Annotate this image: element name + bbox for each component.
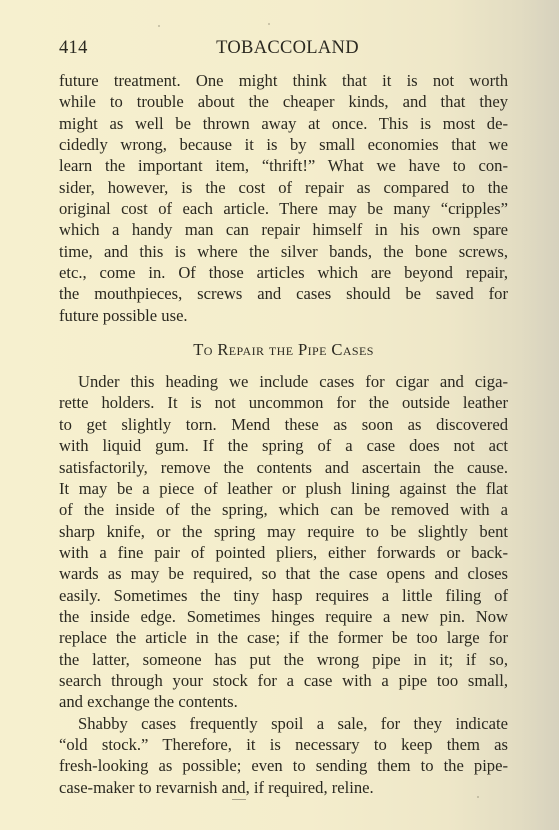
paragraph-1: future treatment. One might think that i… <box>59 70 508 326</box>
text-line: future treatment. One might think that i… <box>59 70 508 91</box>
text-line: the latter, someone has put the wrong pi… <box>59 649 508 670</box>
paragraph-3: Shabby cases frequently spoil a sale, fo… <box>59 713 508 798</box>
text-line: of the inside of the spring, which can b… <box>59 499 508 520</box>
text-line: case-maker to revarnish and, if required… <box>59 777 508 798</box>
text-line: time, and this is where the silver bands… <box>59 241 508 262</box>
section-heading: To Repair the Pipe Cases <box>59 326 508 371</box>
text-line: sharp knife, or the spring may require t… <box>59 521 508 542</box>
text-line: wards as may be required, so that the ca… <box>59 563 508 584</box>
paragraph-2: Under this heading we include cases for … <box>59 371 508 713</box>
print-mark <box>232 799 246 800</box>
text-line: might as well be thrown away at once. Th… <box>59 113 508 134</box>
text-line: with a fine pair of pointed pliers, eith… <box>59 542 508 563</box>
body-text: future treatment. One might think that i… <box>59 70 508 798</box>
text-line: future possible use. <box>59 305 508 326</box>
text-line: original cost of each article. There may… <box>59 198 508 219</box>
paper-speck <box>268 23 270 25</box>
text-line: the mouthpieces, screws and cases should… <box>59 283 508 304</box>
text-line: etc., come in. Of those articles which a… <box>59 262 508 283</box>
text-line: fresh-looking as possible; even to sendi… <box>59 755 508 776</box>
text-line: with liquid gum. If the spring of a case… <box>59 435 508 456</box>
text-line: satisfactorily, remove the contents and … <box>59 457 508 478</box>
paper-speck <box>158 25 160 27</box>
text-line: to get slightly torn. Mend these as soon… <box>59 414 508 435</box>
text-line: “old stock.” Therefore, it is necessary … <box>59 734 508 755</box>
running-title: TOBACCOLAND <box>59 38 508 59</box>
text-line: Shabby cases frequently spoil a sale, fo… <box>59 713 508 734</box>
text-line: cidedly wrong, because it is by small ec… <box>59 134 508 155</box>
running-head: 414 TOBACCOLAND <box>59 38 508 62</box>
text-line: rette holders. It is not uncommon for th… <box>59 392 508 413</box>
text-line: easily. Sometimes the tiny hasp requires… <box>59 585 508 606</box>
text-line: learn the important item, “thrift!” What… <box>59 155 508 176</box>
text-line: sider, however, is the cost of repair as… <box>59 177 508 198</box>
text-line: which a handy man can repair himself in … <box>59 219 508 240</box>
text-line: replace the article in the case; if the … <box>59 627 508 648</box>
text-line: and exchange the contents. <box>59 691 508 712</box>
paper-speck <box>477 796 479 798</box>
text-line: while to trouble about the cheaper kinds… <box>59 91 508 112</box>
text-line: search through your stock for a case wit… <box>59 670 508 691</box>
text-line: It may be a piece of leather or plush li… <box>59 478 508 499</box>
text-line: Under this heading we include cases for … <box>59 371 508 392</box>
text-line: the inside edge. Sometimes hinges requir… <box>59 606 508 627</box>
